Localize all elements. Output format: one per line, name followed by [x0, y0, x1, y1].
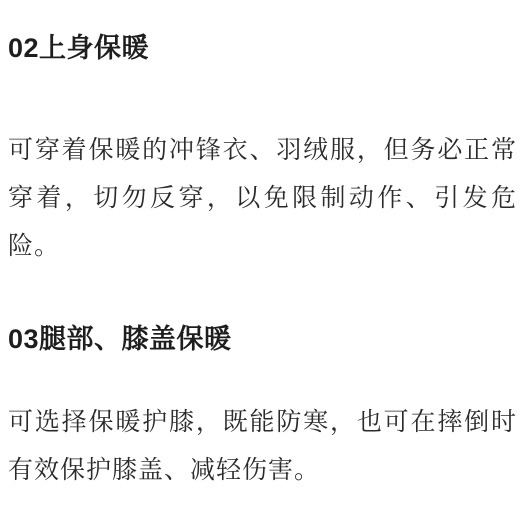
section-paragraph-upper-body: 可穿着保暖的冲锋衣、羽绒服，但务必正常穿着，切勿反穿，以免限制动作、引发危险。 — [8, 126, 517, 270]
section-paragraph-legs-knees: 可选择保暖护膝，既能防寒，也可在摔倒时有效保护膝盖、减轻伤害。 — [8, 398, 517, 494]
section-heading-legs-knees: 03腿部、膝盖保暖 — [8, 324, 517, 354]
article-page: 02上身保暖 可穿着保暖的冲锋衣、羽绒服，但务必正常穿着，切勿反穿，以免限制动作… — [0, 0, 526, 521]
section-heading-upper-body: 02上身保暖 — [8, 33, 517, 63]
section-legs-knees-warmth: 03腿部、膝盖保暖 可选择保暖护膝，既能防寒，也可在摔倒时有效保护膝盖、减轻伤害… — [8, 324, 517, 494]
section-upper-body-warmth: 02上身保暖 可穿着保暖的冲锋衣、羽绒服，但务必正常穿着，切勿反穿，以免限制动作… — [8, 33, 517, 270]
